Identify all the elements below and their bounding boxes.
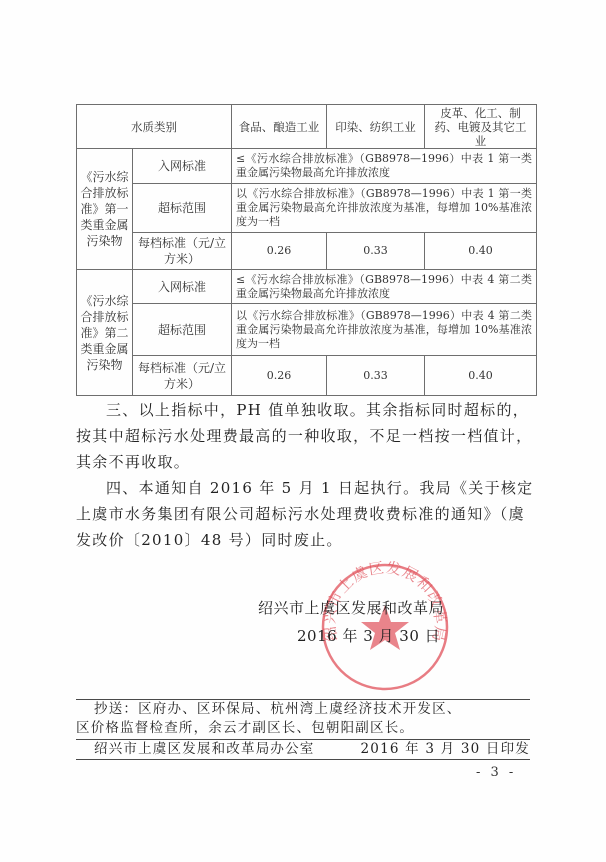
issuer-line: 绍兴市上虞区发展和改革局办公室 2016 年 3 月 30 日印发	[76, 740, 530, 759]
table-row: 每档标准（元/立方米） 0.26 0.33 0.40	[77, 356, 537, 396]
issue-date: 2016 年 3 月 30 日印发	[361, 740, 530, 759]
row-label-entry: 入网标准	[133, 149, 232, 184]
paragraph-four: 四、本通知自 2016 年 5 月 1 日起执行。我局《关于核定上虞市水务集团有…	[76, 475, 538, 553]
group-label-class1: 《污水综合排放标准》第一类重金属污染物	[77, 149, 133, 270]
header-food-brewing: 食品、酿造工业	[232, 105, 327, 149]
fee-standards-table: 水质类别 食品、酿造工业 印染、纺织工业 皮革、化工、制药、电镀及其它工业 《污…	[76, 104, 537, 396]
table-row: 每档标准（元/立方米） 0.26 0.33 0.40	[77, 233, 537, 270]
entry-standard-text: ≤《污水综合排放标准》（GB8978—1996）中表 4 第二类重金属污染物最高…	[232, 270, 537, 304]
rate-dyeing: 0.33	[327, 233, 425, 270]
group-label-class2: 《污水综合排放标准》第二类重金属污染物	[77, 270, 133, 396]
entry-standard-text: ≤《污水综合排放标准》（GB8978—1996）中表 1 第一类重金属污染物最高…	[232, 149, 537, 184]
header-leather-chemical: 皮革、化工、制药、电镀及其它工业	[425, 105, 537, 149]
page-number: - 3 -	[476, 765, 516, 780]
table-row: 《污水综合排放标准》第二类重金属污染物 入网标准 ≤《污水综合排放标准》（GB8…	[77, 270, 537, 304]
header-category: 水质类别	[77, 105, 232, 149]
table-row: 《污水综合排放标准》第一类重金属污染物 入网标准 ≤《污水综合排放标准》（GB8…	[77, 149, 537, 184]
table-row: 超标范围 以《污水综合排放标准》（GB8978—1996）中表 4 第二类重金属…	[77, 304, 537, 356]
row-label-entry: 入网标准	[133, 270, 232, 304]
cc-line-2: 区价格监督检查所，余云才副区长、包朝阳副区长。	[76, 719, 530, 738]
row-label-excess: 超标范围	[133, 184, 232, 233]
footer-rule-bottom	[76, 759, 530, 760]
row-label-excess: 超标范围	[133, 304, 232, 356]
paragraph-three: 三、以上指标中，PH 值单独收取。其余指标同时超标的，按其中超标污水处理费最高的…	[76, 397, 538, 475]
table-row: 超标范围 以《污水综合排放标准》（GB8978—1996）中表 1 第一类重金属…	[77, 184, 537, 233]
cc-line-1: 抄送：区府办、区环保局、杭州湾上虞经济技术开发区、	[76, 700, 530, 719]
rate-food: 0.26	[232, 233, 327, 270]
document-page: 水质类别 食品、酿造工业 印染、纺织工业 皮革、化工、制药、电镀及其它工业 《污…	[0, 0, 606, 862]
row-label-rate: 每档标准（元/立方米）	[133, 233, 232, 270]
rate-leather: 0.40	[425, 356, 537, 396]
rate-leather: 0.40	[425, 233, 537, 270]
header-dyeing-textile: 印染、纺织工业	[327, 105, 425, 149]
signature-org: 绍兴市上虞区发展和改革局	[258, 597, 444, 618]
excess-range-text: 以《污水综合排放标准》（GB8978—1996）中表 4 第二类重金属污染物最高…	[232, 304, 537, 356]
issuer-office: 绍兴市上虞区发展和改革局办公室	[94, 740, 315, 759]
table-header-row: 水质类别 食品、酿造工业 印染、纺织工业 皮革、化工、制药、电镀及其它工业	[77, 105, 537, 149]
signature-date: 2016 年 3 月 30 日	[297, 625, 440, 646]
row-label-rate: 每档标准（元/立方米）	[133, 356, 232, 396]
rate-food: 0.26	[232, 356, 327, 396]
excess-range-text: 以《污水综合排放标准》（GB8978—1996）中表 1 第一类重金属污染物最高…	[232, 184, 537, 233]
rate-dyeing: 0.33	[327, 356, 425, 396]
